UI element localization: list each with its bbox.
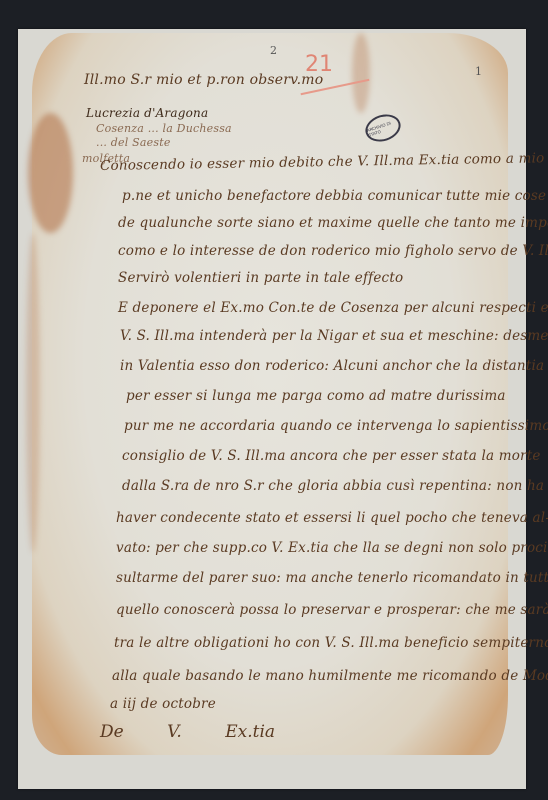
pencil-folio-mark: 2	[270, 44, 277, 57]
body-line: pur me ne accordaria quando ce interveng…	[124, 418, 548, 434]
marginal-note-3: ... del Saeste	[96, 136, 171, 149]
body-line: dalla S.ra de nro S.r che gloria abbia c…	[122, 478, 548, 494]
body-line: como e lo interesse de don roderico mio …	[118, 243, 548, 259]
body-line: haver condecente stato et essersi li que…	[116, 510, 548, 526]
body-line: p.ne et unicho benefactore debbia comuni…	[122, 188, 546, 204]
body-line: tra le altre obligationi ho con V. S. Il…	[114, 635, 548, 651]
date-line: a iij de octobre	[110, 696, 216, 712]
salutation: Ill.mo S.r mio et p.ron observ.mo	[84, 72, 323, 88]
water-stain-top	[352, 33, 370, 113]
body-line: sultarme del parer suo: ma anche tenerlo…	[116, 570, 548, 586]
body-line: vato: per che supp.co V. Ex.tia che lla …	[116, 540, 548, 556]
marginal-note-1: Lucrezia d'Aragona	[86, 106, 208, 120]
body-line: E deponere el Ex.mo Con.te de Cosenza pe…	[118, 300, 548, 316]
folio-mark-right: 1	[475, 65, 482, 78]
body-line: quello conoscerà possa lo preservar e pr…	[116, 602, 548, 618]
body-line: Servirò volentieri in parte in tale effe…	[118, 270, 403, 286]
stamp-text: ARCHIVIO DI STATO	[366, 118, 400, 137]
water-stain-left	[28, 113, 73, 233]
body-line: de qualunche sorte siano et maxime quell…	[118, 215, 548, 231]
body-line: V. S. Ill.ma intenderà per la Nigar et s…	[120, 328, 548, 344]
marginal-note-2: Cosenza ... la Duchessa	[96, 122, 232, 135]
body-line: consiglio de V. S. Ill.ma ancora che per…	[122, 448, 541, 464]
water-stain-edge	[26, 233, 40, 553]
body-line: per esser si lunga me parga como ad matr…	[126, 388, 506, 404]
body-line: in Valentia esso don roderico: Alcuni an…	[120, 358, 544, 374]
body-line: alla quale basando le mano humilmente me…	[112, 668, 548, 684]
closing-signature: De V. Ex.tia	[100, 722, 275, 742]
